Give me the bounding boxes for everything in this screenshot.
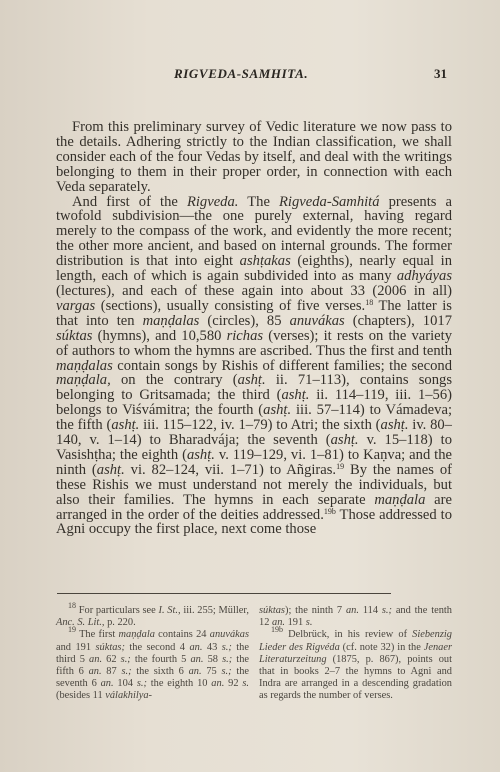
italic-term: s.; (222, 654, 232, 665)
italic-term: válakhilya- (105, 690, 152, 701)
italic-term: an. (346, 605, 359, 616)
footnote-18: 18 For particulars see I. St., iii. 255;… (56, 605, 249, 629)
paragraph-1: From this preliminary survey of Vedic li… (56, 120, 452, 195)
text: contain songs by Rishis of different fam… (113, 358, 452, 374)
italic-term: ashṭ. (381, 417, 409, 433)
italic-term: an. (189, 666, 202, 677)
italic-term: richas (227, 328, 263, 344)
text: 114 (359, 605, 382, 616)
text: 104 (114, 678, 137, 689)
italic-term: Rigveda. (187, 194, 238, 210)
italic-term: maṇḍala (374, 492, 425, 508)
footnote-number: 18 (68, 601, 76, 610)
text: (sections), usually consisting of five v… (95, 298, 365, 314)
italic-term: maṇḍalas (56, 358, 113, 374)
footnotes: 18 For particulars see I. St., iii. 255;… (56, 605, 452, 703)
text: (chapters), 1017 (345, 313, 452, 329)
text: vi. 82–124, vii. 1–71) to Añgiras. (125, 462, 336, 478)
italic-term: ashṭ. (187, 447, 215, 463)
italic-term: an. (101, 678, 114, 689)
italic-term: maṇḍalas (143, 313, 200, 329)
text: the second 4 (125, 642, 190, 653)
footnote-19-continued: súktas); the ninth 7 an. 114 s.; and the… (259, 605, 452, 629)
text: (hymns), and 10,580 (92, 328, 226, 344)
text: (cf. note 32) in the (340, 642, 424, 653)
italic-term: súktas; (95, 642, 124, 653)
italic-term: maṇḍala (119, 629, 155, 640)
text: The first (76, 629, 119, 640)
text: Delbrück, in his review of (283, 629, 412, 640)
italic-term: Rigveda-Samhitá (279, 194, 380, 210)
footnote-ref-19b[interactable]: 19b (324, 507, 336, 516)
italic-term: ashṭ. (331, 432, 359, 448)
footnote-ref-19[interactable]: 19 (336, 462, 344, 471)
italic-term: an. (189, 642, 202, 653)
italic-term: maṇḍala, (56, 372, 111, 388)
footnote-ref-18[interactable]: 18 (365, 298, 373, 307)
italic-term: ashṭ. (263, 402, 291, 418)
text: 75 (202, 666, 222, 677)
text: 191 (285, 617, 306, 628)
text: 62 (102, 654, 121, 665)
text: The (238, 194, 279, 210)
italic-term: ashṭ. (281, 387, 309, 403)
text: (lectures), and each of these again into… (56, 283, 452, 299)
italic-term: s.; (121, 654, 131, 665)
italic-term: I. St., (159, 605, 181, 616)
footnote-19b: 19b Delbrück, in his review of Siebenzig… (259, 629, 452, 702)
text: For particulars see (76, 605, 159, 616)
text: the eighth 10 (147, 678, 211, 689)
italic-term: s.; (137, 678, 147, 689)
text: iii. 115–122, iv. 1–79) to Atri; the six… (139, 417, 380, 433)
text: 43 (202, 642, 221, 653)
italic-term: an. (89, 666, 102, 677)
italic-term: vargas (56, 298, 95, 314)
text: (circles), 85 (199, 313, 289, 329)
italic-term: an. (190, 654, 203, 665)
italic-term: ashṭakas (240, 253, 291, 269)
page-number: 31 (434, 66, 447, 82)
italic-term: adhyáyas (397, 268, 452, 284)
text: and 191 (56, 642, 95, 653)
italic-term: s.; (221, 666, 231, 677)
text: the fourth 5 (131, 654, 191, 665)
footnote-column-right: súktas); the ninth 7 an. 114 s.; and the… (259, 605, 452, 703)
italic-term: súktas (259, 605, 285, 616)
italic-term: an. (89, 654, 102, 665)
italic-term: s. (306, 617, 313, 628)
italic-term: Anc. S. Lit., (56, 617, 105, 628)
italic-term: s. (242, 678, 249, 689)
text: on the contrary ( (111, 372, 238, 388)
text: (besides 11 (56, 690, 105, 701)
italic-term: anuvákas (210, 629, 249, 640)
text: iii. 255; Müller, (181, 605, 249, 616)
footnote-number: 19b (271, 625, 283, 634)
text: contains 24 (155, 629, 210, 640)
italic-term: ashṭ. (238, 372, 266, 388)
italic-term: ashṭ. (97, 462, 125, 478)
text: the sixth 6 (132, 666, 189, 677)
text: And first of the (72, 194, 187, 210)
text: 92 (224, 678, 242, 689)
italic-term: s.; (222, 642, 232, 653)
text: 58 (203, 654, 222, 665)
text: ); the ninth 7 (285, 605, 346, 616)
text: p. 220. (105, 617, 136, 628)
italic-term: s.; (121, 666, 131, 677)
italic-term: ashṭ. (111, 417, 139, 433)
footnote-number: 19 (68, 625, 76, 634)
running-title: RIGVEDA-SAMHITA. (174, 66, 308, 82)
italic-term: anuvákas (290, 313, 345, 329)
paragraph-2: And first of the Rigveda. The Rigveda-Sa… (56, 195, 452, 538)
text: 87 (102, 666, 122, 677)
italic-term: an. (211, 678, 224, 689)
book-page: RIGVEDA-SAMHITA. 31 From this preliminar… (0, 0, 500, 772)
footnote-19: 19 The first maṇḍala contains 24 anuváka… (56, 629, 249, 702)
italic-term: súktas (56, 328, 92, 344)
footnote-column-left: 18 For particulars see I. St., iii. 255;… (56, 605, 249, 703)
italic-term: s.; (382, 605, 392, 616)
footnote-divider (57, 593, 391, 594)
main-text: From this preliminary survey of Vedic li… (56, 120, 452, 537)
